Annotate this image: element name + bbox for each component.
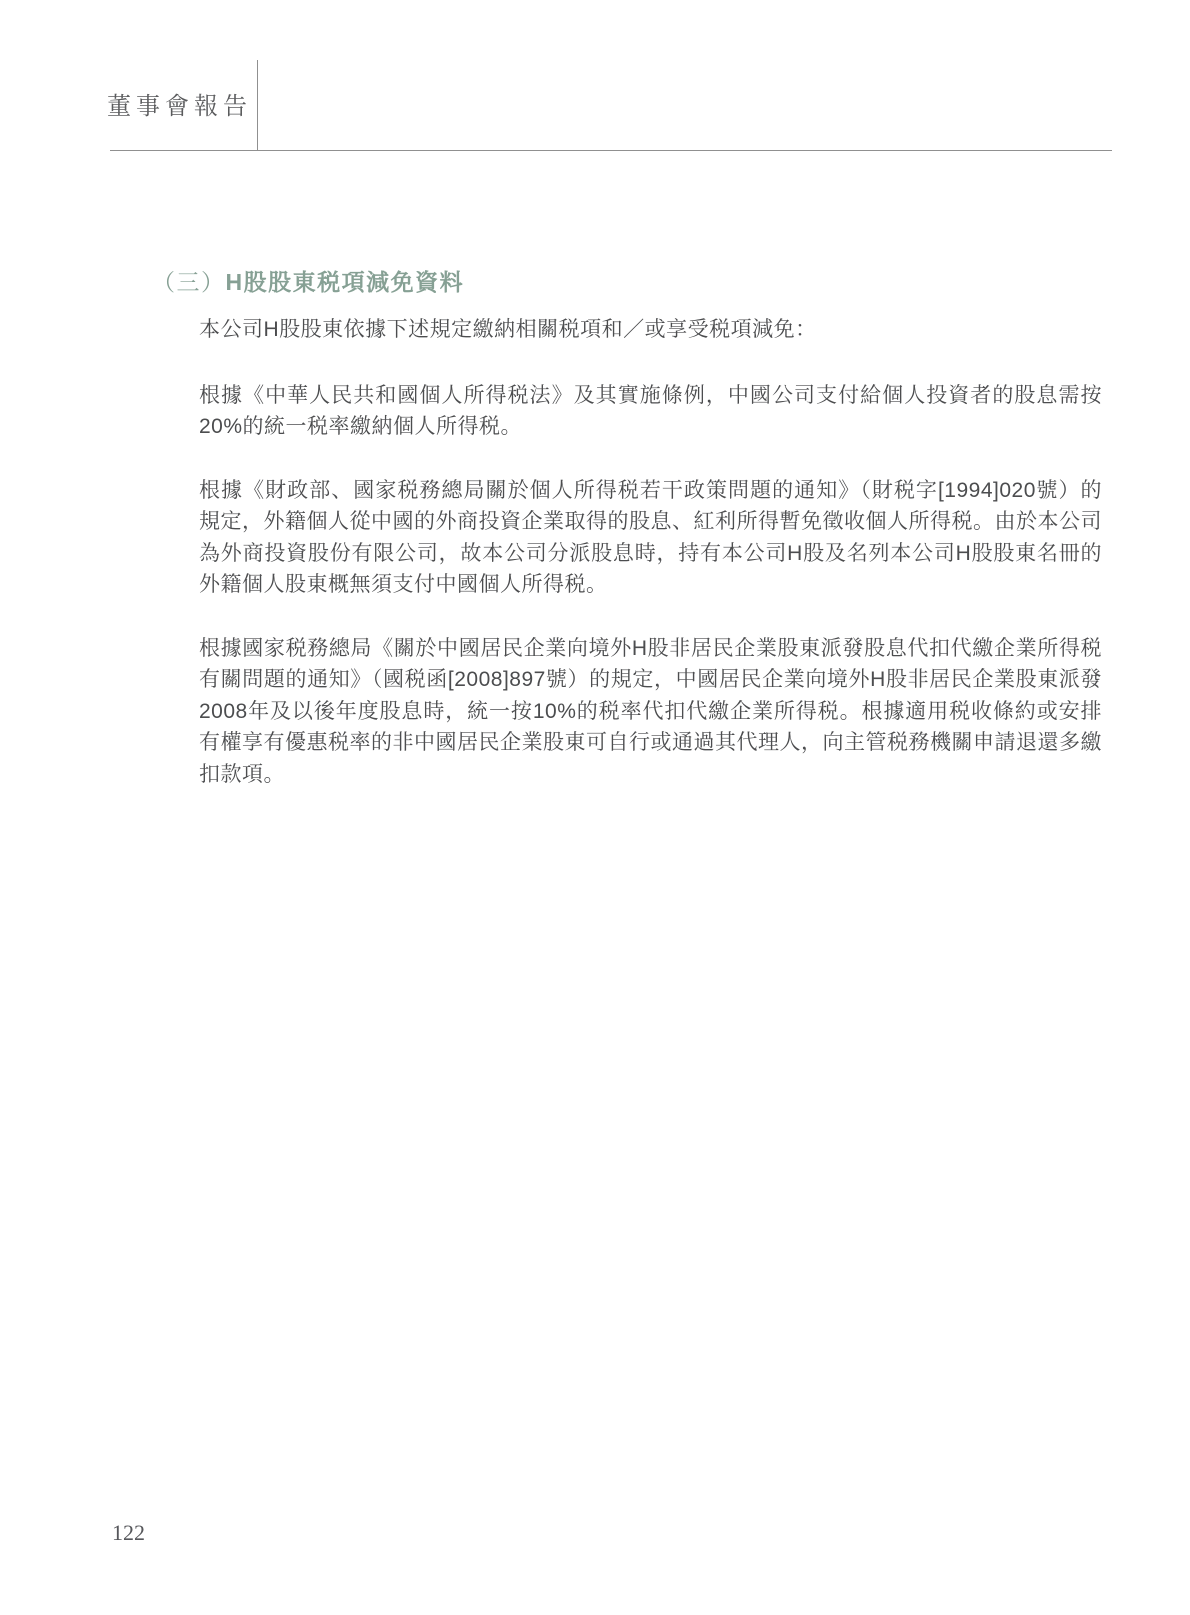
- section-intro: 本公司H股股東依據下述規定繳納相關税項和／或享受税項減免：: [199, 314, 1102, 346]
- paragraph-foreign-individual-exemption: 根據《財政部、國家税務總局關於個人所得税若干政策問題的通知》（財税字[1994]…: [199, 475, 1102, 601]
- report-page: 董事會報告 （三）H股股東税項減免資料 本公司H股股東依據下述規定繳納相關税項和…: [0, 0, 1190, 1615]
- paragraph-enterprise-withholding-tax: 根據國家税務總局《關於中國居民企業向境外H股非居民企業股東派發股息代扣代繳企業所…: [199, 633, 1102, 791]
- section-number: （三）: [152, 269, 226, 295]
- section-heading: （三）H股股東税項減免資料: [152, 264, 464, 297]
- section-title: H股股東税項減免資料: [226, 269, 465, 295]
- running-header-title: 董事會報告: [107, 86, 252, 121]
- section-body: 本公司H股股東依據下述規定繳納相關税項和／或享受税項減免： 根據《中華人民共和國…: [199, 314, 1102, 822]
- header-vertical-divider: [257, 60, 258, 150]
- paragraph-individual-income-tax: 根據《中華人民共和國個人所得税法》及其實施條例，中國公司支付給個人投資者的股息需…: [199, 380, 1102, 443]
- page-number: 122: [112, 1520, 145, 1546]
- header-horizontal-rule: [110, 150, 1112, 151]
